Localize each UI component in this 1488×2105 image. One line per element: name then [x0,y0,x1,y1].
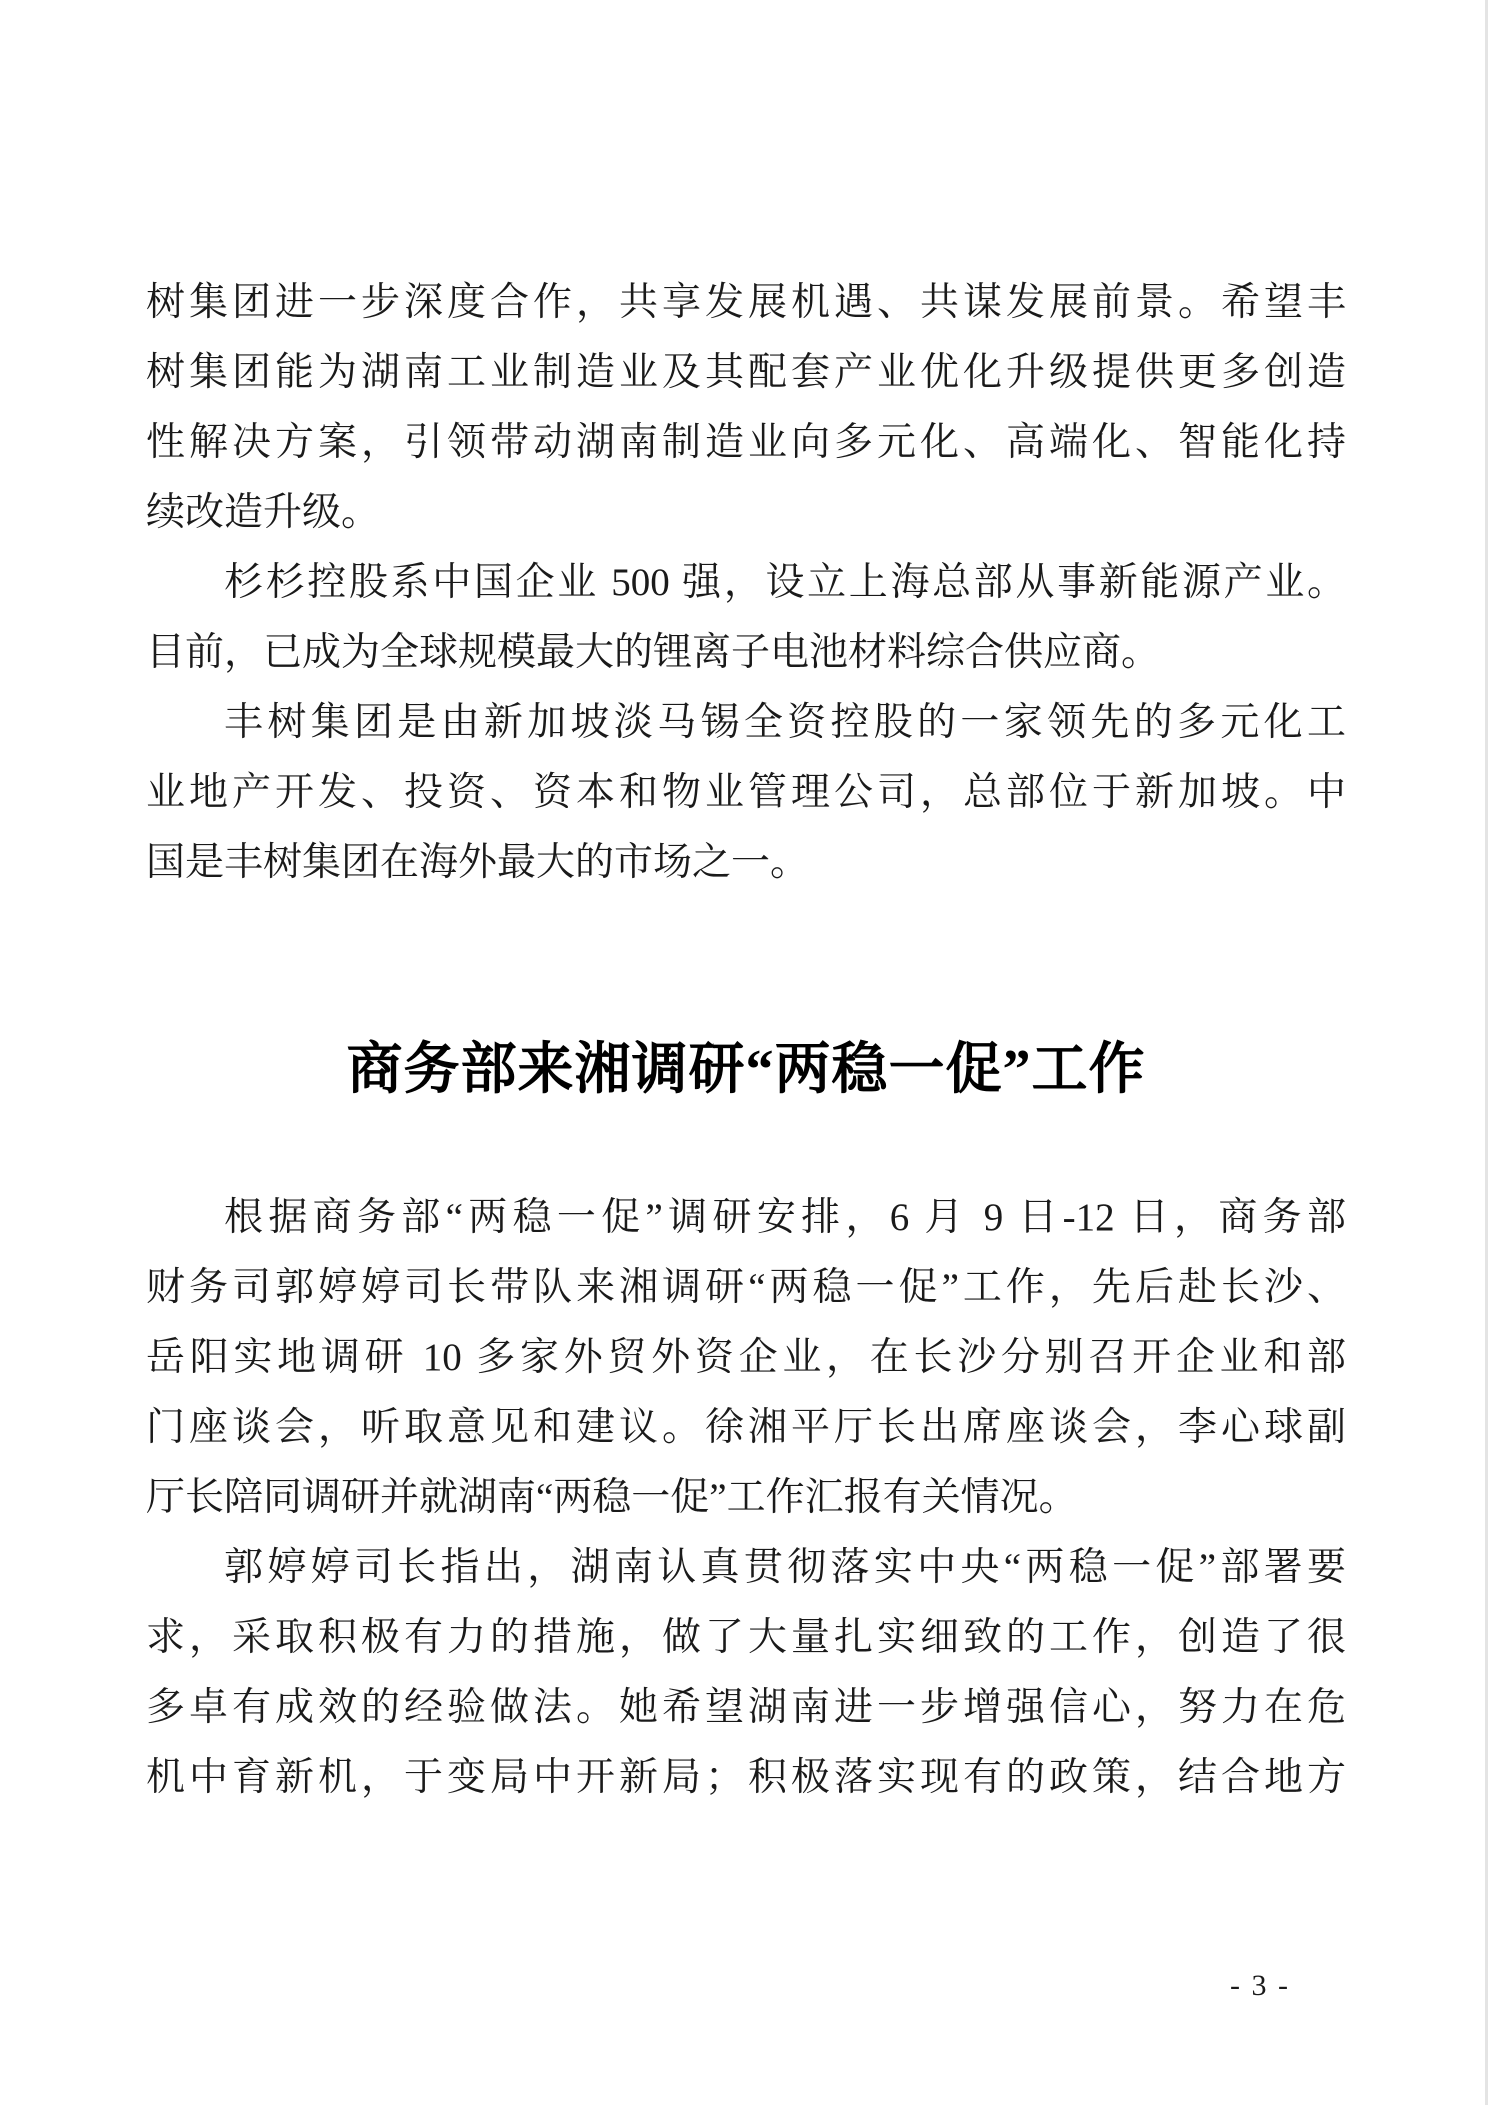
article-heading: 商务部来湘调研“两稳一促”工作 [146,1030,1346,1110]
text-line: 门座谈会，听取意见和建议。徐湘平厅长出席座谈会，李心球副 [146,1393,1346,1463]
text-line: 续改造升级。 [146,478,1346,548]
paragraph: 树集团进一步深度合作，共享发展机遇、共谋发展前景。希望丰树集团能为湖南工业制造业… [146,268,1346,548]
text-line: 业地产开发、投资、资本和物业管理公司，总部位于新加坡。中 [146,758,1346,828]
document-page: 树集团进一步深度合作，共享发展机遇、共谋发展前景。希望丰树集团能为湖南工业制造业… [0,0,1488,2105]
text-line: 杉杉控股系中国企业 500 强，设立上海总部从事新能源产业。 [146,548,1346,618]
text-line: 丰树集团是由新加坡淡马锡全资控股的一家领先的多元化工 [146,688,1346,758]
text-line: 根据商务部“两稳一促”调研安排，6 月 9 日-12 日，商务部 [146,1183,1346,1253]
page-number: - 3 - [1230,1968,1290,2004]
paragraph: 杉杉控股系中国企业 500 强，设立上海总部从事新能源产业。目前，已成为全球规模… [146,548,1346,688]
text-line: 多卓有成效的经验做法。她希望湖南进一步增强信心，努力在危 [146,1673,1346,1743]
document-body: 树集团进一步深度合作，共享发展机遇、共谋发展前景。希望丰树集团能为湖南工业制造业… [146,268,1346,1813]
text-line: 目前，已成为全球规模最大的锂离子电池材料综合供应商。 [146,618,1346,688]
text-line: 财务司郭婷婷司长带队来湘调研“两稳一促”工作，先后赴长沙、 [146,1253,1346,1323]
paragraph: 郭婷婷司长指出，湖南认真贯彻落实中央“两稳一促”部署要求，采取积极有力的措施，做… [146,1533,1346,1813]
paragraph: 根据商务部“两稳一促”调研安排，6 月 9 日-12 日，商务部财务司郭婷婷司长… [146,1183,1346,1533]
text-line: 性解决方案，引领带动湖南制造业向多元化、高端化、智能化持 [146,408,1346,478]
text-line: 树集团能为湖南工业制造业及其配套产业优化升级提供更多创造 [146,338,1346,408]
text-line: 国是丰树集团在海外最大的市场之一。 [146,828,1346,898]
text-line: 求，采取积极有力的措施，做了大量扎实细致的工作，创造了很 [146,1603,1346,1673]
text-line: 树集团进一步深度合作，共享发展机遇、共谋发展前景。希望丰 [146,268,1346,338]
text-line: 郭婷婷司长指出，湖南认真贯彻落实中央“两稳一促”部署要 [146,1533,1346,1603]
text-line: 岳阳实地调研 10 多家外贸外资企业，在长沙分别召开企业和部 [146,1323,1346,1393]
text-line: 厅长陪同调研并就湖南“两稳一促”工作汇报有关情况。 [146,1463,1346,1533]
paragraph: 丰树集团是由新加坡淡马锡全资控股的一家领先的多元化工业地产开发、投资、资本和物业… [146,688,1346,898]
text-line: 机中育新机，于变局中开新局；积极落实现有的政策，结合地方 [146,1743,1346,1813]
